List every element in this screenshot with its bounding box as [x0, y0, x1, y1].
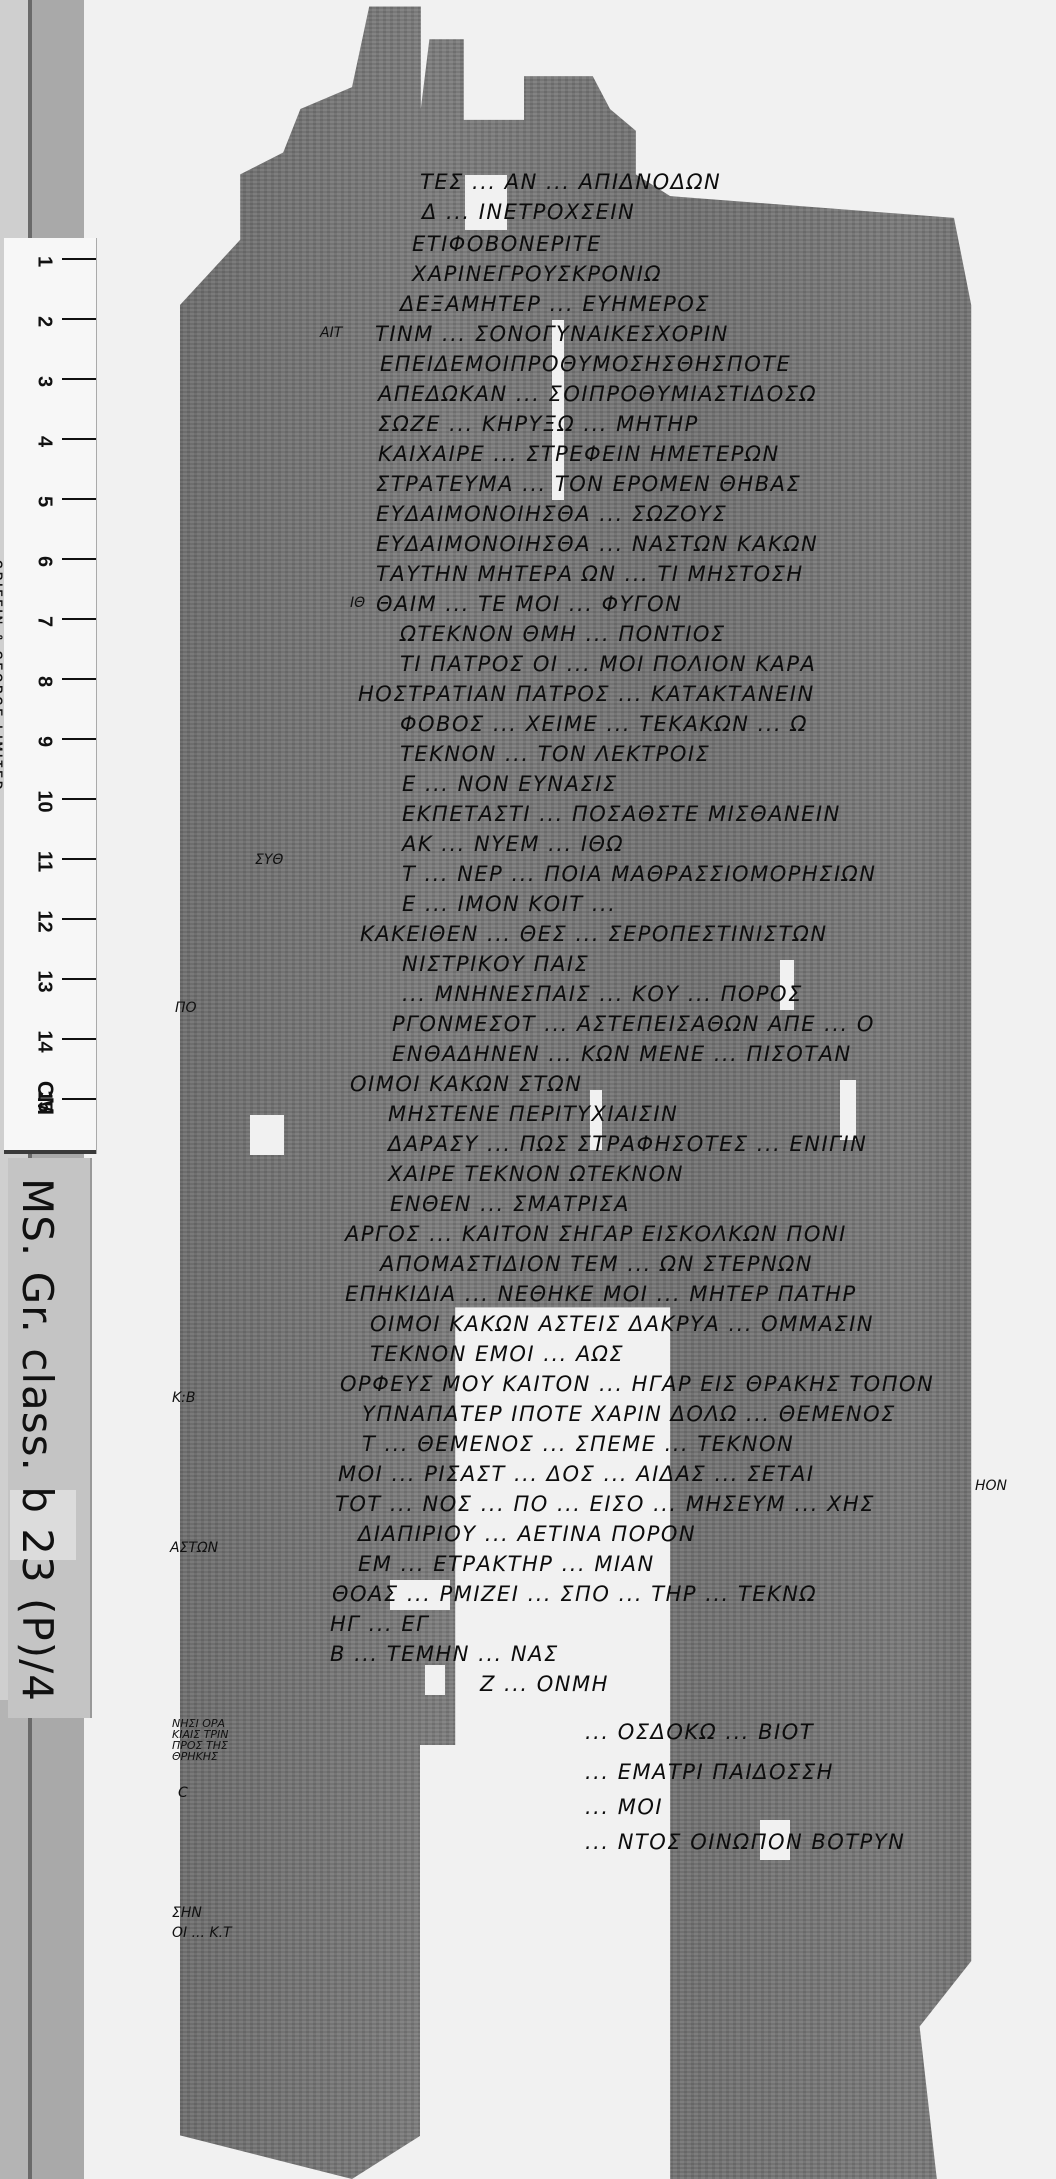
text-line: ΣΤΡΑΤΕΥΜΑ ... ΤΟΝ ΕΡΟΜΕΝ ΘΗΒΑΣ	[376, 472, 801, 496]
text-line: Τ ... ΘΕΜΕΝΟΣ ... ΣΠΕΜΕ ... ΤΕΚΝΟΝ	[362, 1432, 794, 1456]
text-line: ΝΙΣΤΡΙΚΟΥ ΠΑΙΣ	[402, 952, 589, 976]
ruler-tick-label: 1	[33, 244, 56, 280]
text-line: ΟΡΦΕΥΣ ΜΟΥ ΚΑΙΤΟΝ ... ΗΓΑΡ ΕΙΣ ΘΡΑΚΗΣ ΤΟ…	[340, 1372, 934, 1396]
text-line: ΤΕΚΝΟΝ ... ΤΟΝ ΛΕΚΤΡΟΙΣ	[400, 742, 710, 766]
text-line: ΑΠΟΜΑΣΤΙΔΙΟΝ ΤΕΜ ... ΩΝ ΣΤΕΡΝΩΝ	[380, 1252, 813, 1276]
ruler-unit: CM	[32, 1081, 58, 1115]
text-line: ΤΙΝΜ ... ΣΟΝΟΓΥΝΑΙΚΕΣΧΟΡΙΝ	[375, 322, 729, 346]
text-line: ... ΕΜΑΤΡΙ ΠΑΙΔΟΣΣΗ	[585, 1760, 834, 1784]
text-line: Ε ... ΝΟΝ ΕΥΝΑΣΙΣ	[402, 772, 618, 796]
text-line: ΤΙ ΠΑΤΡΟΣ ΟΙ ... ΜΟΙ ΠΟΛΙΟΝ ΚΑΡΑ	[400, 652, 816, 676]
text-line: ΧΑΙΡΕ ΤΕΚΝΟΝ ΩΤΕΚΝΟΝ	[388, 1162, 684, 1186]
text-line: ΕΝΘΑΔΗΝΕΝ ... ΚΩΝ ΜΕΝΕ ... ΠΙΣΟΤΑΝ	[392, 1042, 852, 1066]
text-line: ΜΗΣΤΕΝΕ ΠΕΡΙΤΥΧΙΑΙΣΙΝ	[388, 1102, 678, 1126]
ruler-tick-label: 2	[33, 304, 56, 340]
text-line: ΟΙΜΟΙ ΚΑΚΩΝ ΣΤΩΝ	[350, 1072, 582, 1096]
papyrus-hole	[990, 1380, 1040, 1402]
ruler-tick	[62, 678, 96, 680]
mount-strip-lower	[0, 1700, 30, 2179]
ruler-tick-label: 13	[33, 964, 56, 1000]
margin-note: ΠΟ	[175, 1000, 197, 1016]
margin-note: C	[178, 1785, 188, 1801]
text-line: ... ΝΤΟΣ ΟΙΝΩΠΟΝ ΒΟΤΡΥΝ	[585, 1830, 905, 1854]
ruler-tick-label: 4	[33, 424, 56, 460]
ruler-tick	[62, 738, 96, 740]
text-line: ΩΤΕΚΝΟΝ ΘΜΗ ... ΠΟΝΤΙΟΣ	[400, 622, 726, 646]
centimeter-ruler: 1 2 3 4 5 6 7 8 9 10 11 12 13 14 15	[4, 238, 96, 1154]
margin-note: ΝΗΣΙ ΟΡΑ ΚΙΑΙΣ ΤΡΙΝ ΠΡΟΣ ΤΗΣ ΘΡΗΚΗΣ	[172, 1718, 252, 1762]
ruler-tick-label: 10	[33, 784, 56, 820]
text-line: ... ΜΝΗΝΕΣΠΑΙΣ ... ΚΟΥ ... ΠΟΡΟΣ	[402, 982, 803, 1006]
ruler-tick	[62, 438, 96, 440]
text-line: ΑΠΕΔΩΚΑΝ ... ΣΟΙΠΡΟΘΥΜΙΑΣΤΙΔΟΣΩ	[378, 382, 817, 406]
text-line: ΕΝΘΕΝ ... ΣΜΑΤΡΙΣΑ	[390, 1192, 630, 1216]
ruler-tick	[62, 378, 96, 380]
ruler-tick-label: 9	[33, 724, 56, 760]
text-line: Ζ ... ΟΝΜΗ	[480, 1672, 609, 1696]
ruler-tick	[62, 318, 96, 320]
papyrus-hole	[250, 1115, 284, 1155]
text-line: ΚΑΙΧΑΙΡΕ ... ΣΤΡΕΦΕΙΝ ΗΜΕΤΕΡΩΝ	[378, 442, 780, 466]
text-line: ΜΟΙ ... ΡΙΣΑΣΤ ... ΔΟΣ ... ΑΙΔΑΣ ... ΣΕΤ…	[338, 1462, 815, 1486]
papyrus-crack	[840, 1080, 856, 1140]
text-line: ΘΑΙΜ ... ΤΕ ΜΟΙ ... ΦΥΓΟΝ	[376, 592, 682, 616]
text-line: ΤΕΣ ... ΑΝ ... ΑΠΙΔΝΟΔΩΝ	[420, 170, 721, 194]
papyrus-hole	[425, 1665, 445, 1695]
ruler-tick-label: 8	[33, 664, 56, 700]
text-line: ΕΠΗΚΙΔΙΑ ... ΝΕΘΗΚΕ ΜΟΙ ... ΜΗΤΕΡ ΠΑΤΗΡ	[345, 1282, 857, 1306]
margin-note: ΑΣΤΩΝ	[170, 1540, 218, 1556]
text-line: ΥΠΝΑΠΑΤΕΡ ΙΠΟΤΕ ΧΑΡΙΝ ΔΟΛΩ ... ΘΕΜΕΝΟΣ	[362, 1402, 896, 1426]
text-line: ΕΤΙΦΟΒΟΝΕΡΙΤΕ	[412, 232, 602, 256]
margin-note: ΣΥΘ	[255, 852, 283, 868]
ruler-tick	[62, 258, 96, 260]
margin-note: ΟΙ ... Κ.Τ	[172, 1925, 232, 1941]
text-line: ΑΚ ... ΝΥΕΜ ... ΙΘΩ	[402, 832, 624, 856]
text-line: ΣΩΖΕ ... ΚΗΡΥΞΩ ... ΜΗΤΗΡ	[378, 412, 699, 436]
margin-note: ΣΗΝ	[172, 1905, 202, 1921]
papyrus-fragment: ΤΕΣ ... ΑΝ ... ΑΠΙΔΝΟΔΩΝ Δ ... ΙΝΕΤΡΟΧΣΕ…	[180, 0, 1040, 2179]
papyrus-hole	[1000, 1100, 1040, 1118]
text-line: ΘΟΑΣ ... ΡΜΙΖΕΙ ... ΣΠΟ ... ΤΗΡ ... ΤΕΚΝ…	[332, 1582, 817, 1606]
text-line: Ε ... ΙΜΟΝ ΚΟΙΤ ...	[402, 892, 616, 916]
margin-note: ΑΙΤ	[320, 325, 342, 341]
text-line: Β ... ΤΕΜΗΝ ... ΝΑΣ	[330, 1642, 559, 1666]
ruler-tick	[62, 1098, 96, 1100]
text-line: ΕΜ ... ΕΤΡΑΚΤΗΡ ... ΜΙΑΝ	[358, 1552, 655, 1576]
ruler-tick	[62, 858, 96, 860]
ruler-tick-label: 11	[33, 844, 56, 880]
text-line: ΔΑΡΑΣΥ ... ΠΩΣ ΣΤΡΑΦΗΣΟΤΕΣ ... ΕΝΙΓΙΝ	[388, 1132, 867, 1156]
ruler-tick-label: 6	[33, 544, 56, 580]
ruler-tick	[62, 798, 96, 800]
text-line: ... ΟΣΔΟΚΩ ... ΒΙΟΤ	[585, 1720, 814, 1744]
text-line: ΤΕΚΝΟΝ ΕΜΟΙ ... ΑΩΣ	[370, 1342, 624, 1366]
text-line: ΟΙΜΟΙ ΚΑΚΩΝ ΑΣΤΕΙΣ ΔΑΚΡΥΑ ... ΟΜΜΑΣΙΝ	[370, 1312, 874, 1336]
text-line: ΕΠΕΙΔΕΜΟΙΠΡΟΘΥΜΟΣΗΣΘΗΣΠΟΤΕ	[380, 352, 791, 376]
text-line: Δ ... ΙΝΕΤΡΟΧΣΕΙΝ	[422, 200, 635, 224]
text-line: ΔΕΞΑΜΗΤΕΡ ... ΕΥΗΜΕΡΟΣ	[400, 292, 710, 316]
text-line: ΕΥΔΑΙΜΟΝΟΙΗΣΘΑ ... ΣΩΖΟΥΣ	[376, 502, 727, 526]
margin-note: ΗΟΝ	[975, 1478, 1007, 1494]
ruler-tick	[62, 978, 96, 980]
ruler-tick-label: 5	[33, 484, 56, 520]
text-line: Τ ... ΝΕΡ ... ΠΟΙΑ ΜΑΘΡΑΣΣΙΟΜΟΡΗΣΙΩΝ	[402, 862, 876, 886]
ruler-tick	[62, 498, 96, 500]
text-line: ΕΥΔΑΙΜΟΝΟΙΗΣΘΑ ... ΝΑΣΤΩΝ ΚΑΚΩΝ	[376, 532, 818, 556]
ruler-tick	[62, 558, 96, 560]
shelfmark-label: MS. Gr. class. b 23 (P)/4	[13, 1178, 62, 1738]
text-line: ΑΡΓΟΣ ... ΚΑΙΤΟΝ ΣΗΓΑΡ ΕΙΣΚΟΛΚΩΝ ΠΟΝΙ	[345, 1222, 847, 1246]
text-line: ΗΟΣΤΡΑΤΙΑΝ ΠΑΤΡΟΣ ... ΚΑΤΑΚΤΑΝΕΙΝ	[358, 682, 815, 706]
ruler-tick-label: 7	[33, 604, 56, 640]
text-line: ΚΑΚΕΙΘΕΝ ... ΘΕΣ ... ΣΕΡΟΠΕΣΤΙΝΙΣΤΩΝ	[360, 922, 828, 946]
ruler-brand-line: GRIFFIN & GEORGE LIMITED	[0, 560, 4, 860]
text-line: ΗΓ ... ΕΓ	[330, 1612, 429, 1636]
papyrus-hole	[530, 1760, 580, 1820]
text-line: ΡΓΟΝΜΕΣΟΤ ... ΑΣΤΕΠΕΙΣΑΘΩΝ ΑΠΕ ... Ο	[392, 1012, 875, 1036]
text-line: ΤΑΥΤΗΝ ΜΗΤΕΡΑ ΩΝ ... ΤΙ ΜΗΣΤΟΣΗ	[376, 562, 804, 586]
ruler-tick-label: 3	[33, 364, 56, 400]
ruler-manufacturer: GRIFFIN & GEORGE LIMITED MADE IN ENGLAND	[0, 560, 4, 860]
ruler-tick	[62, 918, 96, 920]
ruler-tick-label: 12	[33, 904, 56, 940]
text-line: ΧΑΡΙΝΕΓΡΟΥΣΚΡΟΝΙΩ	[412, 262, 662, 286]
ruler-tick	[62, 618, 96, 620]
text-line: ΔΙΑΠΙΡΙΟΥ ... ΑΕΤΙΝΑ ΠΟΡΟΝ	[358, 1522, 696, 1546]
text-line: ΕΚΠΕΤΑΣΤΙ ... ΠΟΣΑΘΣΤΕ ΜΙΣΘΑΝΕΙΝ	[402, 802, 841, 826]
text-line: ΤΟΤ ... ΝΟΣ ... ΠΟ ... ΕΙΣΟ ... ΜΗΣΕΥΜ .…	[335, 1492, 875, 1516]
papyrus-lacuna	[420, 1745, 530, 2179]
margin-note: Κ:Β	[172, 1390, 196, 1406]
ruler-tick	[62, 1038, 96, 1040]
ruler-tick-label: 14	[33, 1024, 56, 1060]
margin-note: ΙΘ	[350, 595, 365, 611]
text-line: ... ΜΟΙ	[585, 1795, 663, 1819]
text-line: ΦΟΒΟΣ ... ΧΕΙΜΕ ... ΤΕΚΑΚΩΝ ... Ω	[400, 712, 808, 736]
